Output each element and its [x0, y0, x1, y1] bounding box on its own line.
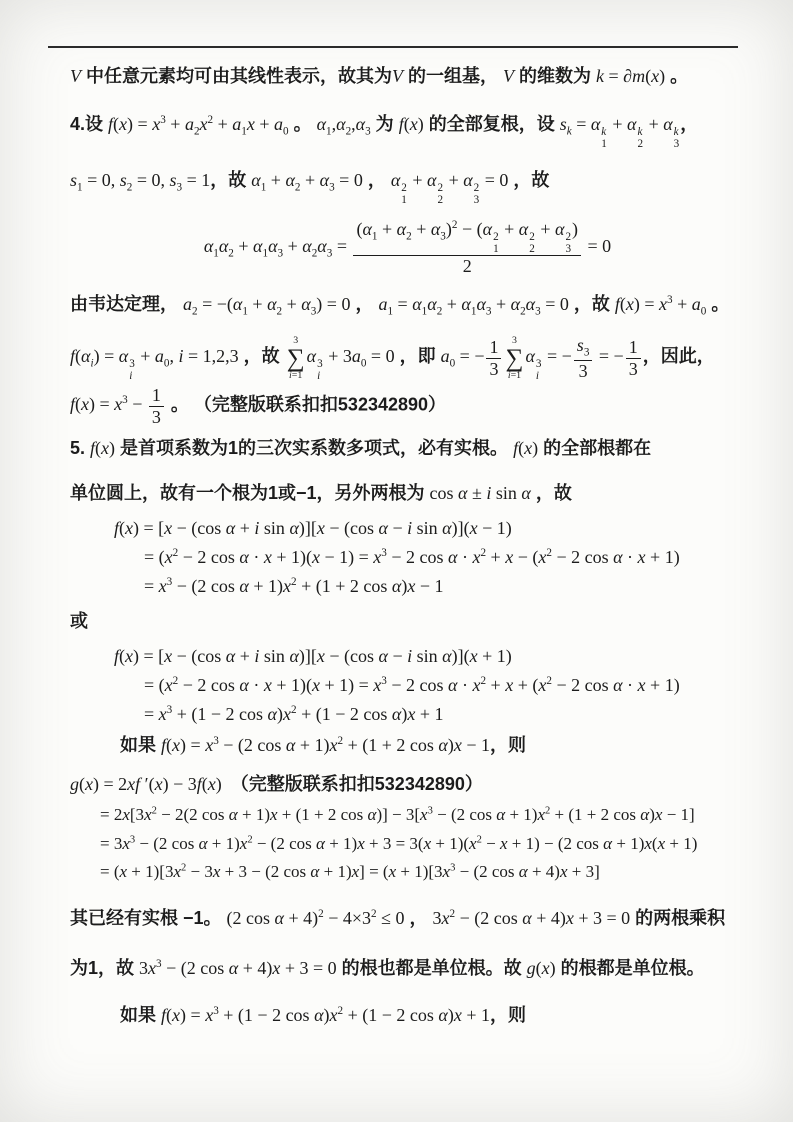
eq-case1-line3: = x3 − (2 cos α + 1)x2 + (1 + 2 cos α)x … [70, 573, 745, 600]
q5-unit-circle: 单位圆上，故有一个根为1或−1，另外两根为 cos α ± i sin α ，故 [70, 480, 745, 507]
eq-case2-line2: = (x2 − 2 cos α · x + 1)(x + 1) = x3 − 2… [70, 672, 745, 699]
eq-case1-line2: = (x2 − 2 cos α · x + 1)(x − 1) = x3 − 2… [70, 544, 745, 571]
g-step1: = 2x[3x2 − 2(2 cos α + 1)x + (1 + 2 cos … [70, 802, 745, 828]
case2-if: 如果 f(x) = x3 + (1 − 2 cos α)x2 + (1 − 2 … [70, 1002, 745, 1029]
eq-case1-line1: f(x) = [x − (cos α + i sin α)][x − (cos … [70, 515, 745, 542]
q4-power-sums: s1 = 0, s2 = 0, s3 = 1，故 α1 + α2 + α3 = … [70, 167, 745, 206]
q4-setup: 4.设 f(x) = x3 + a2x2 + a1x + a0 。 α1,α2,… [70, 111, 745, 150]
para-sum-cubes: f(αi) = α3i + a0, i = 1,2,3 ，故 3∑i=1α3i … [70, 335, 745, 383]
g-definition: g(x) = 2xf ′(x) − 3f(x) （完整版联系扣扣53234289… [70, 771, 745, 798]
q5-intro: 5. f(x) 是首项系数为1的三次实系数多项式，必有实根。 f(x) 的全部根… [70, 435, 745, 462]
g-step2: = 3x3 − (2 cos α + 1)x2 − (2 cos α + 1)x… [70, 831, 745, 857]
g-step3: = (x + 1)[3x2 − 3x + 3 − (2 cos α + 1)x]… [70, 859, 745, 885]
eq-vieta-product: α1α2 + α1α3 + α2α3 = (α1 + α2 + α3)2 − (… [70, 219, 745, 277]
eq-case2-line3: = x3 + (1 − 2 cos α)x2 + (1 − 2 cos α)x … [70, 701, 745, 728]
discriminant-line: 其已经有实根 −1。 (2 cos α + 4)2 − 4×32 ≤ 0 ， 3… [70, 905, 745, 932]
top-rule [48, 46, 738, 48]
case1-if: 如果 f(x) = x3 − (2 cos α + 1)x2 + (1 + 2 … [70, 732, 745, 759]
scanned-page: V 中任意元素均可由其线性表示，故其为V 的一组基， V 的维数为 k = ∂m… [0, 0, 793, 1122]
eq-case2-line1: f(x) = [x − (cos α + i sin α)][x − (cos … [70, 643, 745, 670]
q4-answer: f(x) = x3 − 13 。 （完整版联系扣扣532342890） [70, 385, 745, 427]
or-word: 或 [70, 608, 745, 635]
para-vieta: 由韦达定理， a2 = −(α1 + α2 + α3) = 0 ， a1 = α… [70, 291, 745, 320]
para-basis-conclusion: V 中任意元素均可由其线性表示，故其为V 的一组基， V 的维数为 k = ∂m… [70, 63, 745, 90]
unit-root-conclusion: 为1，故 3x3 − (2 cos α + 4)x + 3 = 0 的根也都是单… [70, 955, 745, 982]
